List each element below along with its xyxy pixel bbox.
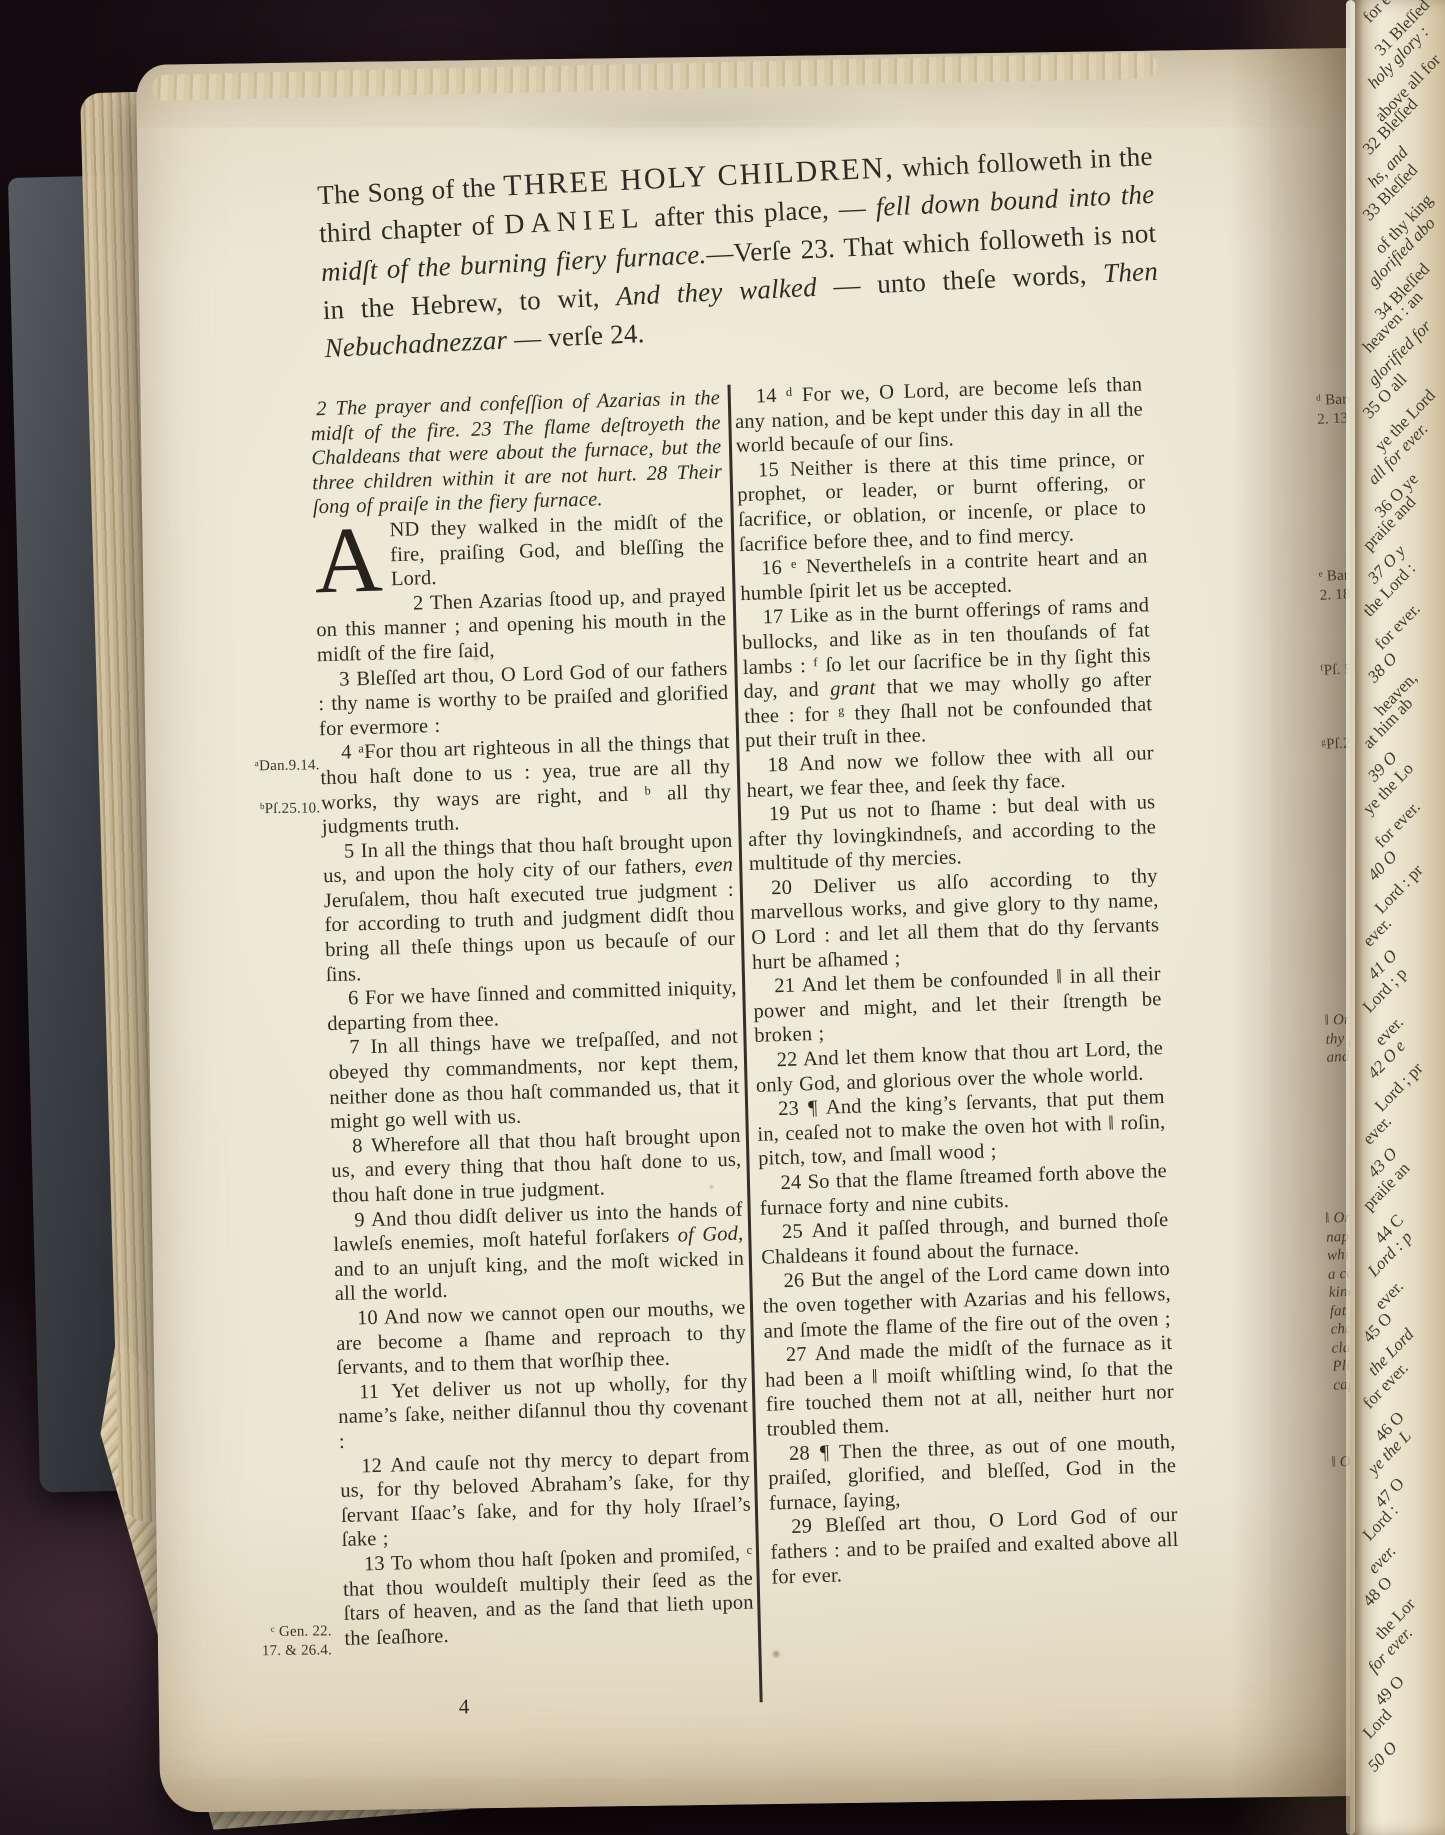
verse-13: 13 To whom thou haſt ſpoken and promiſed… bbox=[342, 1541, 755, 1651]
verse-5-italic: even bbox=[695, 854, 734, 877]
verse-4: 4 ᵃFor thou art righteous in all the thi… bbox=[319, 730, 732, 840]
photo-of-open-antique-bible: The Song of the THREE HOLY CHILDREN, whi… bbox=[0, 0, 1445, 1835]
drop-cap-letter: A bbox=[313, 518, 391, 598]
verse-17-italic: grant bbox=[830, 677, 876, 700]
margin-note-ps-25-10: ᵇPſ.25.10. bbox=[230, 799, 320, 819]
verse-14: 14 ᵈ For we, O Lord, are become leſs tha… bbox=[734, 372, 1144, 459]
verse-17: 17 Like as in the burnt offerings of ram… bbox=[741, 594, 1153, 754]
right-text-column: 14 ᵈ For we, O Lord, are become leſs tha… bbox=[734, 372, 1180, 1589]
heading-daniel-caps: DANIEL bbox=[504, 203, 646, 241]
verse-1: AND they walked in the midſt of the fire… bbox=[313, 509, 725, 594]
page-top-edge bbox=[152, 52, 1157, 101]
verse-21: 21 And let them be confounded ‖ in all t… bbox=[752, 962, 1162, 1049]
verse-19: 19 Put us not to ſhame : but deal with u… bbox=[747, 790, 1157, 877]
heading-run: The Song of the bbox=[317, 171, 504, 210]
fragment-line: ever. bbox=[1359, 914, 1396, 951]
verse-28: 28 ¶ Then the three, as out of one mouth… bbox=[767, 1429, 1177, 1516]
heading-quote-italic: And they walked bbox=[615, 272, 817, 311]
verse-20: 20 Deliver us alſo according to thy marv… bbox=[749, 864, 1160, 975]
fragment-line: Lord : bbox=[1359, 1501, 1403, 1545]
verse-3: 3 Bleſſed art thou, O Lord God of our fa… bbox=[317, 656, 729, 741]
verse-5-text: 5 In all the things that thou haſt broug… bbox=[323, 829, 733, 887]
fragment-line: 48 O bbox=[1359, 1573, 1397, 1611]
margin-note-dan-9-14: ᵃDan.9.14. bbox=[230, 756, 320, 776]
next-page-curl: for ever.31 Bleſſedholy glory :above all… bbox=[1350, 0, 1445, 1835]
verse-8: 8 Wherefore all that thou haſt brought u… bbox=[330, 1123, 742, 1208]
fragment-line: 49 O bbox=[1371, 1672, 1409, 1710]
verse-23: 23 ¶ And the king’s ſervants, that put t… bbox=[756, 1085, 1166, 1172]
verse-7: 7 In all things have we treſpaſſed, and … bbox=[328, 1025, 741, 1135]
heading-run: — unto theſe words, bbox=[816, 258, 1104, 301]
margin-note-gen-22: ᶜ Gen. 22. 17. & 26.4. bbox=[242, 1622, 333, 1660]
verse-5-text: Jeruſalem, thou haſt executed true judgm… bbox=[324, 879, 736, 986]
verse-11: 11 Yet deliver us not up wholly, for thy… bbox=[337, 1369, 749, 1454]
heading-run: after this place, — bbox=[644, 192, 877, 233]
verse-26: 26 But the angel of the Lord came down i… bbox=[762, 1257, 1172, 1344]
verse-29: 29 Bleſſed art thou, O Lord God of our f… bbox=[769, 1503, 1179, 1590]
fragment-line: 50 O bbox=[1364, 1738, 1402, 1776]
fragment-line: ever. bbox=[1371, 1277, 1408, 1314]
heading-run: — verſe 24. bbox=[506, 318, 645, 354]
chapter-heading: The Song of the THREE HOLY CHILDREN, whi… bbox=[316, 137, 1160, 367]
verse-12: 12 And cauſe not thy mercy to depart fro… bbox=[339, 1443, 752, 1553]
fragment-line: ever. bbox=[1359, 1112, 1396, 1149]
book-page: The Song of the THREE HOLY CHILDREN, whi… bbox=[136, 47, 1418, 1812]
chapter-argument: 2 The prayer and confeſſion of Azarias i… bbox=[310, 386, 723, 520]
fragment-line: Lord bbox=[1359, 1705, 1396, 1743]
verse-9: 9 And thou didſt deliver us into the han… bbox=[332, 1197, 745, 1307]
left-text-column: 2 The prayer and confeſſion of Azarias i… bbox=[310, 386, 755, 1651]
page-curl-edge-highlight bbox=[1346, 0, 1355, 1835]
verse-15: 15 Neither is there at this time prince,… bbox=[736, 446, 1147, 557]
verse-9-italic: of God, bbox=[677, 1223, 743, 1247]
next-page-text-fragments: for ever.31 Bleſſedholy glory :above all… bbox=[1350, 0, 1445, 1792]
verse-27: 27 And made the midſt of the furnace as … bbox=[764, 1331, 1175, 1442]
page-number: 4 bbox=[459, 1694, 470, 1719]
verse-5: 5 In all the things that thou haſt broug… bbox=[322, 828, 736, 987]
verse-10: 10 And now we cannot open our mouths, we… bbox=[335, 1296, 747, 1381]
verse-1-text: ND they walked in the midſt of the fire,… bbox=[389, 510, 724, 590]
